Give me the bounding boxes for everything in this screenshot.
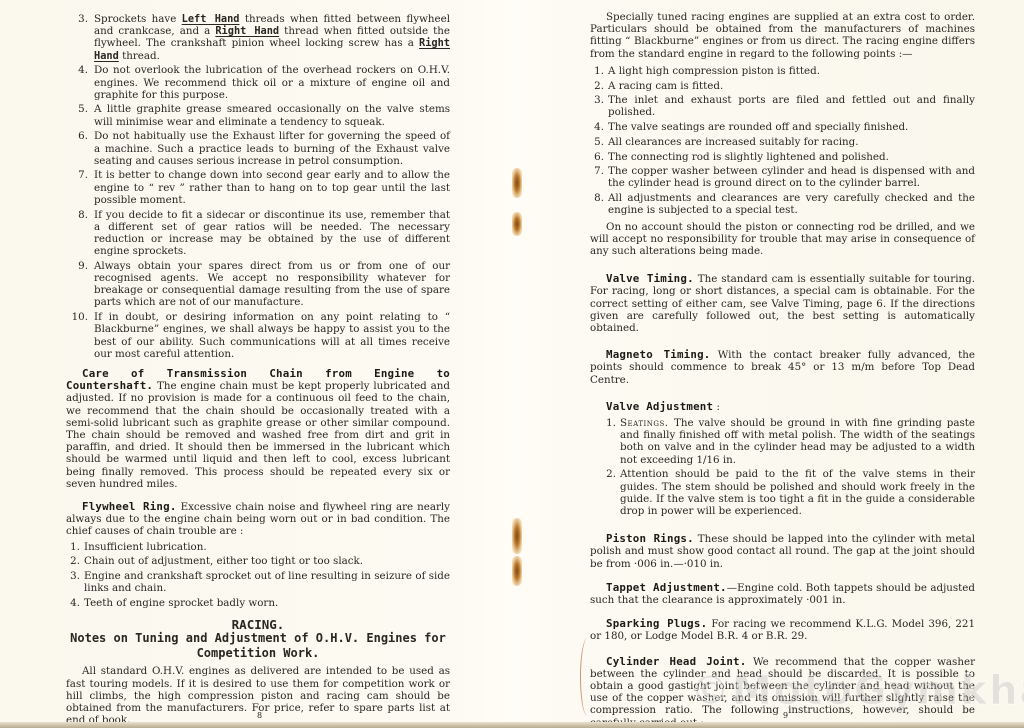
rust-stain <box>512 212 522 236</box>
valve-adjustment-list: 1.Seatings. The valve should be ground i… <box>590 417 975 517</box>
item-lead: Seatings. <box>620 417 674 429</box>
section-heading: Sparking Plugs. <box>606 617 707 630</box>
sparking-plugs-section: Sparking Plugs. For racing we recommend … <box>590 618 975 642</box>
section-heading: Cylinder Head Joint. <box>606 655 746 668</box>
list-item: 2.Attention should be paid to the fit of… <box>602 468 975 517</box>
item-number: 8. <box>66 209 88 221</box>
chain-trouble-causes-list: 1.Insufficient lubrication.2.Chain out o… <box>66 541 450 610</box>
item-number: 3. <box>590 94 604 106</box>
list-item: 2.A racing cam is fitted. <box>590 80 975 92</box>
valve-adjustment-heading: Valve Adjustment : <box>590 401 975 413</box>
list-item: 1.Seatings. The valve should be ground i… <box>602 417 975 466</box>
racing-title: RACING. <box>66 619 450 631</box>
pencil-mark <box>580 638 595 716</box>
rust-stain <box>512 168 522 198</box>
valve-timing-section: Valve Timing. The standard cam is essent… <box>590 273 975 334</box>
list-item: 8.If you decide to fit a sidecar or disc… <box>66 209 450 258</box>
magneto-timing-section: Magneto Timing. With the contact breaker… <box>590 349 975 386</box>
tappet-adjustment-section: Tappet Adjustment.—Engine cold. Both tap… <box>590 582 975 606</box>
list-item: 6.The connecting rod is slightly lighten… <box>590 151 975 163</box>
item-number: 3. <box>66 13 88 25</box>
item-number: 4. <box>66 64 88 76</box>
list-item: 8.All adjustments and clearances are ver… <box>590 192 975 216</box>
list-item: 9.Always obtain your spares direct from … <box>66 260 450 309</box>
item-number: 7. <box>590 165 604 177</box>
item-number: 4. <box>66 597 80 609</box>
item-number: 6. <box>590 151 604 163</box>
list-item: 3.Sprockets have Left Hand threads when … <box>66 13 450 62</box>
racing-points-list: 1.A light high compression piston is fit… <box>590 65 975 217</box>
right-page: Specially tuned racing engines are suppl… <box>590 0 975 728</box>
emphasis: Left Hand <box>182 13 240 25</box>
section-heading: Piston Rings. <box>606 532 694 545</box>
rust-stain <box>512 556 522 586</box>
item-number: 4. <box>590 121 604 133</box>
item-number: 3. <box>66 570 80 582</box>
section-heading: Tappet Adjustment. <box>606 581 727 594</box>
list-item: 7.It is better to change down into secon… <box>66 169 450 206</box>
watermark: ©MotoGymkhana <box>690 668 1024 714</box>
list-item: 5.All clearances are increased suitably … <box>590 136 975 148</box>
section-heading: Valve Timing. <box>606 272 694 285</box>
warning-paragraph: On no account should the piston or conne… <box>590 221 975 258</box>
item-number: 6. <box>66 130 88 142</box>
item-number: 8. <box>590 192 604 204</box>
page-edge <box>0 722 1024 728</box>
list-item: 10.If in doubt, or desiring information … <box>66 311 450 360</box>
list-item: 1.Insufficient lubrication. <box>66 541 450 553</box>
list-item: 3.The inlet and exhaust ports are filed … <box>590 94 975 118</box>
emphasis: Right Hand <box>215 25 279 37</box>
list-item: 6.Do not habitually use the Exhaust lift… <box>66 130 450 167</box>
piston-rings-section: Piston Rings. These should be lapped int… <box>590 533 975 570</box>
item-number: 10. <box>66 311 88 323</box>
list-item: 4.The valve seatings are rounded off and… <box>590 121 975 133</box>
item-number: 1. <box>602 417 616 429</box>
list-item: 1.A light high compression piston is fit… <box>590 65 975 77</box>
list-item: 4.Teeth of engine sprocket badly worn. <box>66 597 450 609</box>
left-page: 3.Sprockets have Left Hand threads when … <box>66 0 450 726</box>
rust-stain <box>512 518 522 554</box>
page-number-left: 8 <box>257 711 262 720</box>
list-item: 3.Engine and crankshaft sprocket out of … <box>66 570 450 594</box>
section-heading: Flywheel Ring. <box>82 500 177 513</box>
item-number: 1. <box>590 65 604 77</box>
item-number: 9. <box>66 260 88 272</box>
item-number: 1. <box>66 541 80 553</box>
item-number: 2. <box>66 555 80 567</box>
maintenance-tips-list: 3.Sprockets have Left Hand threads when … <box>66 13 450 360</box>
item-number: 5. <box>66 103 88 115</box>
racing-engines-intro: Specially tuned racing engines are suppl… <box>590 11 975 60</box>
list-item: 5.A little graphite grease smeared occas… <box>66 103 450 127</box>
item-number: 7. <box>66 169 88 181</box>
chain-section: Care of Transmission Chain from Engine t… <box>66 368 450 490</box>
section-heading: Magneto Timing. <box>606 348 710 361</box>
flywheel-section: Flywheel Ring. Excessive chain noise and… <box>66 501 450 538</box>
book-gutter <box>505 0 529 728</box>
item-number: 2. <box>590 80 604 92</box>
item-number: 2. <box>602 468 616 480</box>
list-item: 7.The copper washer between cylinder and… <box>590 165 975 189</box>
list-item: 2.Chain out of adjustment, either too ti… <box>66 555 450 567</box>
list-item: 4.Do not overlook the lubrication of the… <box>66 64 450 101</box>
item-number: 5. <box>590 136 604 148</box>
racing-subtitle: Notes on Tuning and Adjustment of O.H.V.… <box>66 631 450 661</box>
